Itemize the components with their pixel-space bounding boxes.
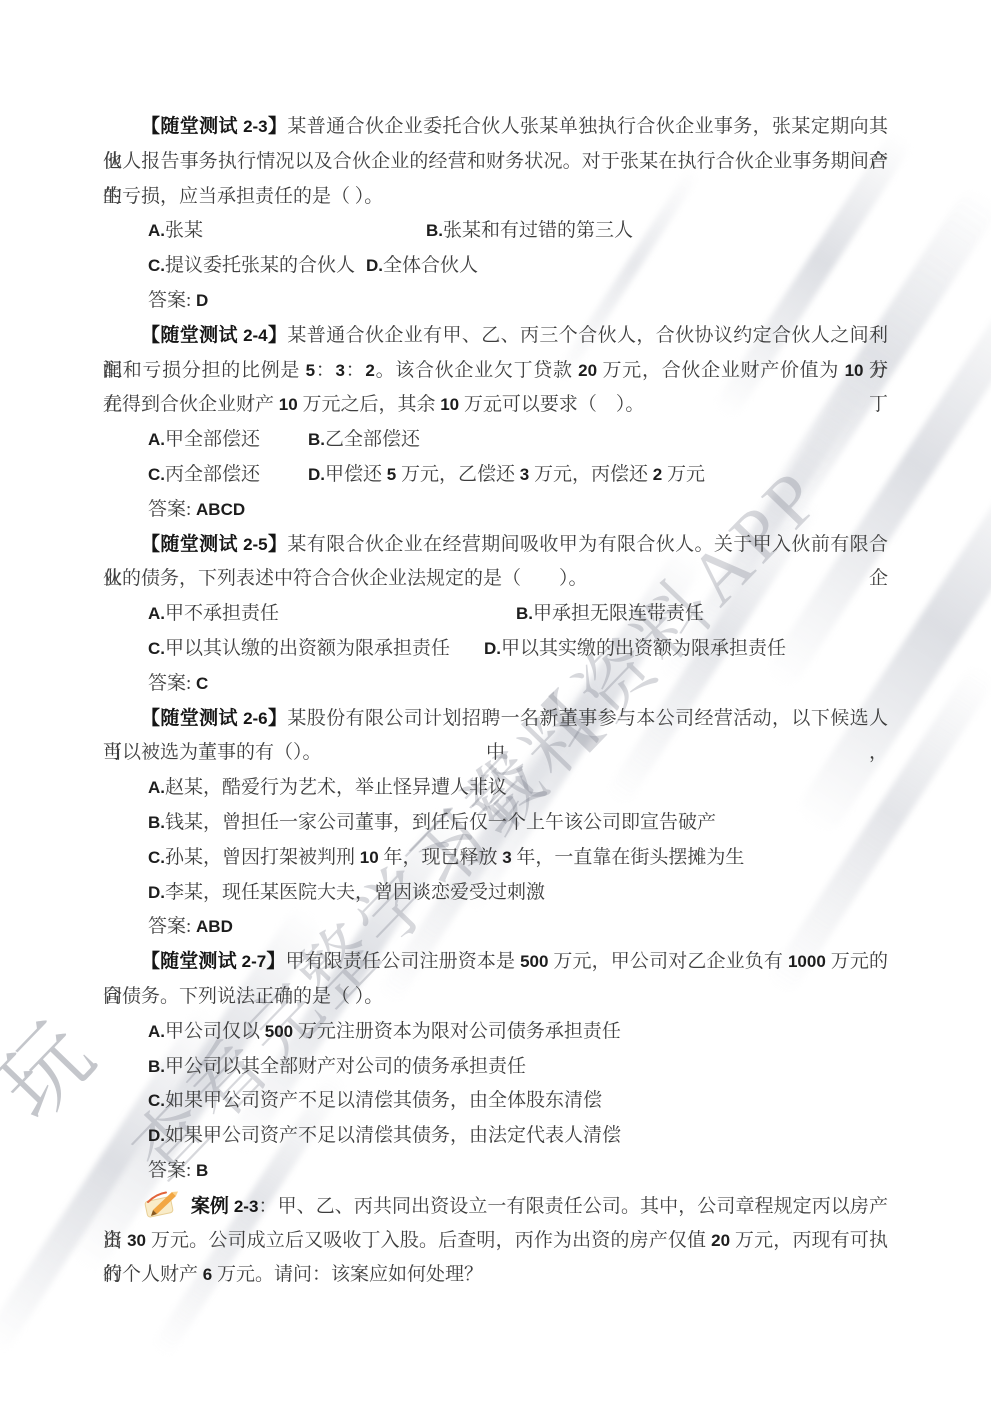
option-line: D.李某，现任某医院大夫，曾因谈恋爱受过刺激 bbox=[103, 876, 888, 911]
question-block-2-6: 【随堂测试 2-6】某股份有限公司计划招聘一名新董事参与本公司经营活动，以下候选… bbox=[103, 702, 888, 946]
option-line: A.张某B.张某和有过错的第三人 bbox=[103, 214, 888, 249]
option-A: A.赵某，酷爱行为艺术，举止怪异遭人非议 bbox=[148, 771, 507, 806]
answer-value: B bbox=[196, 1160, 208, 1181]
answer-label: 答案: bbox=[148, 916, 196, 937]
option-line: B.甲公司以其全部财产对公司的债务承担责任 bbox=[103, 1050, 888, 1085]
option-A: A.甲公司仅以 500 万元注册资本为限对公司债务承担责任 bbox=[148, 1015, 621, 1050]
case-text-line: 资 30 万元。公司成立后又吸收丁入股。后查明，丙作为出资的房产仅值 20 万元… bbox=[103, 1224, 888, 1259]
pen-writing-icon bbox=[141, 1189, 181, 1219]
question-label: 【随堂测试 2-7】 bbox=[141, 951, 285, 972]
option-D: D.全体合伙人 bbox=[366, 249, 478, 284]
option-B: B.乙全部偿还 bbox=[308, 423, 420, 458]
document-page: 玩 查看完整学习资料 下载【资料APP 【随堂测试 2-3】某普通合伙企业委托合… bbox=[0, 0, 991, 1404]
question-text-line: 的亏损，应当承担责任的是（ ）。 bbox=[103, 180, 888, 215]
answer-value: ABD bbox=[196, 916, 233, 937]
answer-line: 答案: ABD bbox=[103, 910, 888, 945]
option-B: B.甲公司以其全部财产对公司的债务承担责任 bbox=[148, 1050, 526, 1085]
answer-line: 答案: B bbox=[103, 1154, 888, 1189]
option-B: B.甲承担无限连带责任 bbox=[516, 597, 704, 632]
answer-label: 答案: bbox=[148, 499, 196, 520]
answer-value: C bbox=[196, 673, 208, 694]
question-text-line: 【随堂测试 2-5】某有限合伙企业在经营期间吸收甲为有限合伙人。关于甲入伙前有限… bbox=[103, 528, 888, 563]
question-text-line: 【随堂测试 2-6】某股份有限公司计划招聘一名新董事参与本公司经营活动，以下候选… bbox=[103, 702, 888, 737]
question-text-line: 【随堂测试 2-4】某普通合伙企业有甲、乙、丙三个合伙人，合伙协议约定合伙人之间… bbox=[103, 319, 888, 354]
option-D: D.甲以其实缴的出资额为限承担责任 bbox=[484, 632, 786, 667]
option-D: D.如果甲公司资产不足以清偿其债务，由法定代表人清偿 bbox=[148, 1119, 621, 1154]
option-D: D.李某，现任某医院大夫，曾因谈恋爱受过刺激 bbox=[148, 876, 545, 911]
option-A: A.张某 bbox=[148, 214, 426, 249]
question-block-2-3: 【随堂测试 2-3】某普通合伙企业委托合伙人张某单独执行合伙企业事务，张某定期向… bbox=[103, 110, 888, 319]
option-C: C.甲以其认缴的出资额为限承担责任 bbox=[148, 632, 484, 667]
option-C: C.丙全部偿还 bbox=[148, 458, 308, 493]
question-block-2-7: 【随堂测试 2-7】甲有限责任公司注册资本是 500 万元，甲公司对乙企业负有 … bbox=[103, 945, 888, 1189]
question-text-line: 【随堂测试 2-7】甲有限责任公司注册资本是 500 万元，甲公司对乙企业负有 … bbox=[103, 945, 888, 980]
question-label: 【随堂测试 2-3】 bbox=[141, 116, 287, 137]
case-label: 案例 2-3 bbox=[191, 1196, 259, 1217]
option-C: C.孙某，曾因打架被判刑 10 年，现已释放 3 年，一直靠在街头摆摊为生 bbox=[148, 841, 744, 876]
content: 【随堂测试 2-3】某普通合伙企业委托合伙人张某单独执行合伙企业事务，张某定期向… bbox=[103, 110, 888, 1293]
option-line: C.如果甲公司资产不足以清偿其债务，由全体股东清偿 bbox=[103, 1084, 888, 1119]
option-B: B.钱某，曾担任一家公司董事，到任后仅一个上午该公司即宣告破产 bbox=[148, 806, 716, 841]
option-line: B.钱某，曾担任一家公司董事，到任后仅一个上午该公司即宣告破产 bbox=[103, 806, 888, 841]
case-text-line: 的个人财产 6 万元。请问：该案应如何处理？ bbox=[103, 1258, 888, 1293]
answer-label: 答案: bbox=[148, 290, 196, 311]
option-line: C.孙某，曾因打架被判刑 10 年，现已释放 3 年，一直靠在街头摆摊为生 bbox=[103, 841, 888, 876]
option-C: C.提议委托张某的合伙人 bbox=[148, 249, 366, 284]
answer-label: 答案: bbox=[148, 673, 196, 694]
question-block-2-5: 【随堂测试 2-5】某有限合伙企业在经营期间吸收甲为有限合伙人。关于甲入伙前有限… bbox=[103, 528, 888, 702]
answer-line: 答案: ABCD bbox=[103, 493, 888, 528]
question-text-line: 伙人报告事务执行情况以及合伙企业的经营和财务状况。对于张某在执行合伙企业事务期间… bbox=[103, 145, 888, 180]
option-line: C.丙全部偿还D.甲偿还 5 万元，乙偿还 3 万元，丙偿还 2 万元 bbox=[103, 458, 888, 493]
question-text-line: 同债务。下列说法正确的是（ ）。 bbox=[103, 980, 888, 1015]
option-D: D.甲偿还 5 万元，乙偿还 3 万元，丙偿还 2 万元 bbox=[308, 458, 705, 493]
option-line: A.甲不承担责任B.甲承担无限连带责任 bbox=[103, 597, 888, 632]
option-B: B.张某和有过错的第三人 bbox=[426, 214, 633, 249]
option-line: C.提议委托张某的合伙人D.全体合伙人 bbox=[103, 249, 888, 284]
question-block-2-4: 【随堂测试 2-4】某普通合伙企业有甲、乙、丙三个合伙人，合伙协议约定合伙人之间… bbox=[103, 319, 888, 528]
answer-line: 答案: D bbox=[103, 284, 888, 319]
option-line: D.如果甲公司资产不足以清偿其债务，由法定代表人清偿 bbox=[103, 1119, 888, 1154]
case-text-line: 案例 2-3：甲、乙、丙共同出资设立一有限责任公司。其中，公司章程规定丙以房产出 bbox=[103, 1189, 888, 1224]
option-line: A.赵某，酷爱行为艺术，举止怪异遭人非议 bbox=[103, 771, 888, 806]
option-A: A.甲不承担责任 bbox=[148, 597, 516, 632]
question-text-line: 【随堂测试 2-3】某普通合伙企业委托合伙人张某单独执行合伙企业事务，张某定期向… bbox=[103, 110, 888, 145]
answer-value: ABCD bbox=[196, 499, 245, 520]
option-line: A.甲公司仅以 500 万元注册资本为限对公司债务承担责任 bbox=[103, 1015, 888, 1050]
answer-value: D bbox=[196, 290, 208, 311]
option-C: C.如果甲公司资产不足以清偿其债务，由全体股东清偿 bbox=[148, 1084, 602, 1119]
question-text-line: 配和亏损分担的比例是 5：3：2。该合伙企业欠丁贷款 20 万元，合伙企业财产价… bbox=[103, 354, 888, 389]
question-label: 【随堂测试 2-5】 bbox=[141, 534, 287, 555]
answer-line: 答案: C bbox=[103, 667, 888, 702]
option-line: C.甲以其认缴的出资额为限承担责任D.甲以其实缴的出资额为限承担责任 bbox=[103, 632, 888, 667]
option-line: A.甲全部偿还B.乙全部偿还 bbox=[103, 423, 888, 458]
case-block-2-3: 案例 2-3：甲、乙、丙共同出资设立一有限责任公司。其中，公司章程规定丙以房产出… bbox=[103, 1189, 888, 1293]
answer-label: 答案: bbox=[148, 1160, 196, 1181]
option-A: A.甲全部偿还 bbox=[148, 423, 308, 458]
question-label: 【随堂测试 2-6】 bbox=[141, 708, 287, 729]
question-label: 【随堂测试 2-4】 bbox=[141, 325, 287, 346]
